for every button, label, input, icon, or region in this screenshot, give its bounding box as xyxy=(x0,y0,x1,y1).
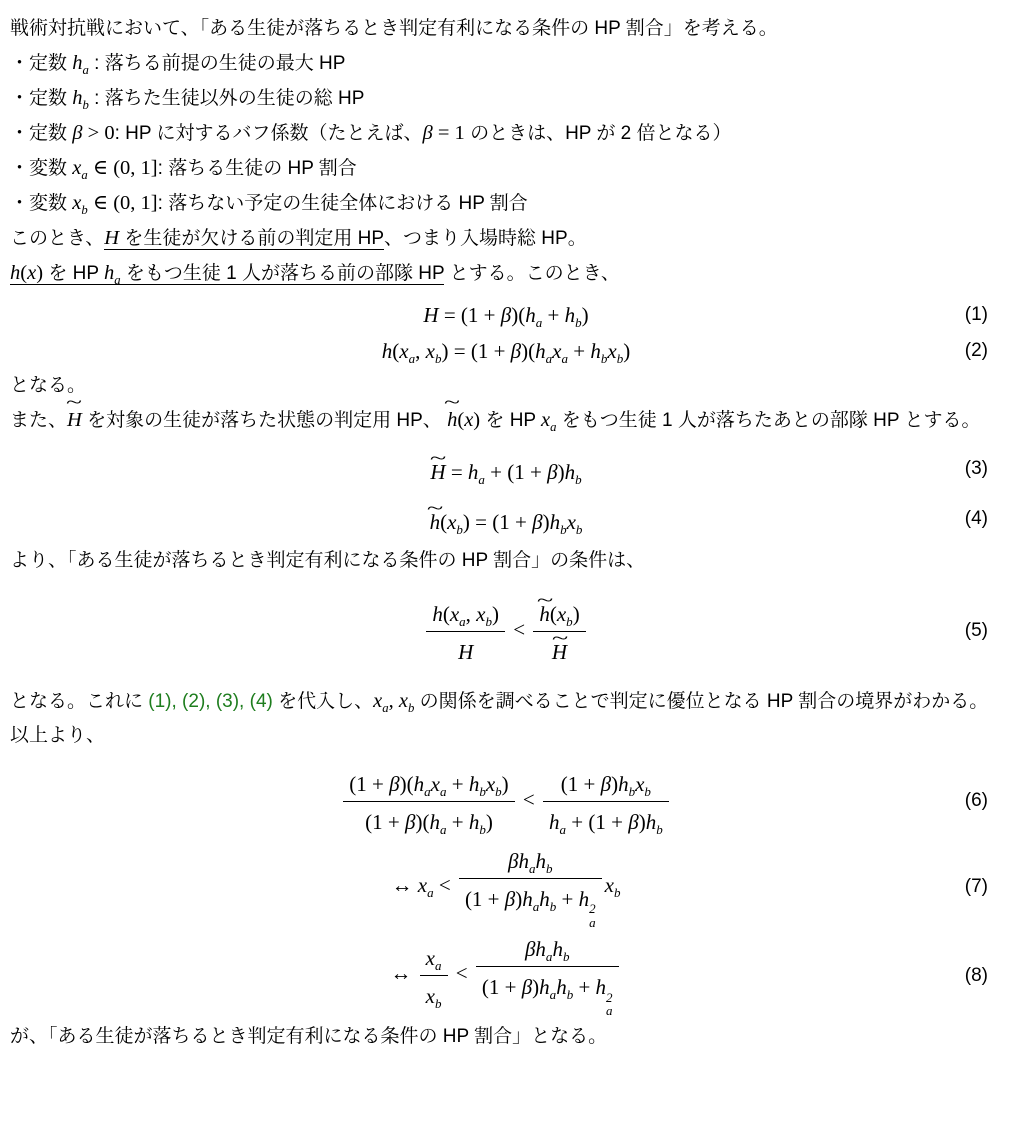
math-var: x xyxy=(426,339,435,363)
fraction-denominator: (1 + β)hahb + h2a xyxy=(459,879,602,931)
math-roman: > 0 xyxy=(83,122,115,144)
bullet-constant-beta: ・定数 β > 0: HP に対するバフ係数（たとえば、β = 1 のときは、H… xyxy=(10,116,1002,151)
math-var: β xyxy=(628,810,638,834)
math-var: x xyxy=(557,602,566,626)
math-roman: (1 + xyxy=(561,772,601,796)
text-run: このとき、 xyxy=(10,228,104,249)
math-var: h xyxy=(104,262,114,284)
equation-1-label: (1) xyxy=(965,304,988,326)
math-fraction: βhahb(1 + β)hahb + h2a xyxy=(476,931,619,1019)
math-roman: < xyxy=(451,962,473,986)
math-var: β xyxy=(532,510,542,534)
math-roman: , xyxy=(415,339,426,363)
math-roman: )( xyxy=(400,772,414,796)
math-tilde-var: ~H xyxy=(430,460,445,485)
math-subscript: b xyxy=(575,472,582,487)
math-supsub: 2a xyxy=(589,902,596,929)
math-roman: ) xyxy=(573,602,580,626)
math-var: x xyxy=(607,339,616,363)
math-roman: (1 + xyxy=(482,975,522,999)
text-run: : 落ちる前提の生徒の最大 HP xyxy=(89,53,346,74)
math-roman: < xyxy=(434,873,456,897)
math-tilde-var: ~H xyxy=(552,640,567,665)
text-run: を生徒が欠ける前の判定用 HP xyxy=(119,228,384,249)
inline-math: ha xyxy=(72,52,89,74)
text-run: : 落ちる生徒の HP 割合 xyxy=(158,158,357,179)
math-roman: ) xyxy=(486,810,493,834)
math-subscript: b xyxy=(546,861,553,876)
equation-3-body: ~H = ha + (1 + β)hb xyxy=(430,460,581,485)
math-roman: + xyxy=(568,339,590,363)
math-var: x xyxy=(431,772,440,796)
fraction-numerator: βhahb xyxy=(459,843,602,879)
math-var: h xyxy=(72,87,82,109)
text-run: : 落ちた生徒以外の生徒の総 HP xyxy=(89,88,365,109)
math-roman: + (1 + xyxy=(485,460,547,484)
math-var: x xyxy=(464,409,473,431)
equation-2: h(xa, xb) = (1 + β)(haxa + hbxb) (2) xyxy=(10,333,1002,369)
equation-1-body: H = (1 + β)(ha + hb) xyxy=(423,303,588,328)
math-var: β xyxy=(522,975,532,999)
inline-math: hb xyxy=(72,87,89,109)
math-var: h xyxy=(429,810,440,834)
math-roman: ∈ (0, 1] xyxy=(88,192,158,214)
math-var: h xyxy=(432,602,443,626)
math-subscript: b xyxy=(563,950,570,965)
math-var: x xyxy=(399,339,408,363)
math-roman: ↔ xyxy=(392,873,418,897)
text-run: を HP xyxy=(43,263,104,284)
math-roman: ( xyxy=(443,602,450,626)
math-roman: = xyxy=(446,460,468,484)
fraction-denominator: ha + (1 + β)hb xyxy=(543,802,669,837)
equation-2-label: (2) xyxy=(965,340,988,362)
inline-math: xb ∈ (0, 1] xyxy=(72,192,157,214)
equation-6-body: (1 + β)(haxa + hbxb)(1 + β)(ha + hb) < (… xyxy=(340,766,671,837)
math-var: h xyxy=(10,262,20,284)
inline-math: xa xyxy=(541,409,556,431)
math-roman: ↔ xyxy=(390,962,416,986)
math-var: β xyxy=(501,303,511,327)
equation-7: ↔ xa < βhahb(1 + β)hahb + h2axb (7) xyxy=(10,843,1002,931)
text-run: が、「ある生徒が落ちるとき判定有利になる条件の HP 割合」となる。 xyxy=(10,1026,607,1047)
math-var: h xyxy=(550,510,561,534)
inline-math: ~H xyxy=(67,409,82,431)
math-var: h xyxy=(590,339,601,363)
math-var: h xyxy=(468,460,479,484)
math-roman: + xyxy=(446,772,468,796)
equation-8-label: (8) xyxy=(965,965,988,987)
paragraph-h-definition: h(x) を HP ha をもつ生徒 1 人が落ちる前の部隊 HP とする。この… xyxy=(10,256,1002,291)
math-var: β xyxy=(389,772,399,796)
math-var: h xyxy=(539,975,550,999)
text-run: ・定数 xyxy=(10,123,72,144)
math-subscript: b xyxy=(644,784,651,799)
math-var: h xyxy=(72,52,82,74)
text-run: をもつ生徒 1 人が落ちる前の部隊 HP xyxy=(121,263,445,284)
inline-math: β = 1 xyxy=(422,122,464,144)
math-supsub: 2a xyxy=(606,991,613,1018)
bullet-constant-hb: ・定数 hb : 落ちた生徒以外の生徒の総 HP xyxy=(10,81,1002,116)
underlined-phrase: h(x) を HP ha をもつ生徒 1 人が落ちる前の部隊 HP xyxy=(10,263,444,285)
equation-7-body: ↔ xa < βhahb(1 + β)hahb + h2axb xyxy=(392,843,621,931)
math-roman: + xyxy=(542,303,564,327)
text-run: ・定数 xyxy=(10,53,72,74)
math-var: h xyxy=(565,303,576,327)
math-var: h xyxy=(414,772,425,796)
math-roman: + xyxy=(556,887,578,911)
math-var: x xyxy=(567,510,576,534)
math-roman: , xyxy=(466,602,477,626)
math-var: x xyxy=(605,873,614,897)
math-roman: (1 + xyxy=(465,887,505,911)
math-roman: (1 + xyxy=(365,810,405,834)
math-roman: (1 + xyxy=(349,772,389,796)
math-var: β xyxy=(601,772,611,796)
math-var: x xyxy=(426,984,435,1008)
math-roman: )( xyxy=(521,339,535,363)
text-run: 戦術対抗戦において、「ある生徒が落ちるとき判定有利になる条件の HP 割合」を考… xyxy=(10,18,778,39)
math-var: h xyxy=(539,887,550,911)
math-subscript: b xyxy=(435,996,442,1011)
fraction-denominator: xb xyxy=(420,976,448,1011)
math-roman: ) xyxy=(582,303,589,327)
paragraph-conclusion: が、「ある生徒が落ちるとき判定有利になる条件の HP 割合」となる。 xyxy=(10,1020,1002,1054)
text-run: となる。これに xyxy=(10,691,148,712)
math-var: x xyxy=(27,262,36,284)
fraction-denominator: (1 + β)hahb + h2a xyxy=(476,967,619,1019)
math-var: h xyxy=(535,339,546,363)
math-tilde-var: ~H xyxy=(67,403,82,437)
inline-math: xa ∈ (0, 1] xyxy=(72,157,157,179)
inline-math: H xyxy=(104,227,119,249)
tilde-accent: ~ xyxy=(551,630,567,649)
tilde-accent: ~ xyxy=(427,500,443,519)
text-run: : 落ちない予定の生徒全体における HP 割合 xyxy=(158,193,528,214)
inline-math: xa, xb xyxy=(373,690,414,712)
equation-references: (1), (2), (3), (4) xyxy=(148,691,273,712)
math-var: x xyxy=(399,690,408,712)
math-roman: = (1 + xyxy=(439,303,501,327)
math-roman: ∈ (0, 1] xyxy=(88,157,158,179)
tilde-accent: ~ xyxy=(430,450,446,469)
math-roman: + xyxy=(446,810,468,834)
text-run: とする。このとき、 xyxy=(444,263,620,284)
math-var: h xyxy=(522,887,533,911)
tilde-accent: ~ xyxy=(536,592,552,611)
definitions-list: ・定数 ha : 落ちる前提の生徒の最大 HP ・定数 hb : 落ちた生徒以外… xyxy=(10,46,1002,221)
math-subscript: b xyxy=(576,522,583,537)
equation-6: (1 + β)(haxa + hbxb)(1 + β)(ha + hb) < (… xyxy=(10,759,1002,843)
math-var: h xyxy=(565,460,576,484)
math-fraction: ~h(xb)~H xyxy=(533,596,585,667)
math-roman: + (1 + xyxy=(566,810,628,834)
equation-7-label: (7) xyxy=(965,876,988,898)
math-roman: ) xyxy=(639,810,646,834)
text-run: ・定数 xyxy=(10,88,72,109)
math-var: β xyxy=(505,887,515,911)
math-var: x xyxy=(418,873,427,897)
math-roman: )( xyxy=(511,303,525,327)
math-roman: )( xyxy=(415,810,429,834)
equation-4-label: (4) xyxy=(965,508,988,530)
equation-4-body: ~h(xb) = (1 + β)hbxb xyxy=(430,510,583,535)
math-var: β xyxy=(525,937,535,961)
document-page: 戦術対抗戦において、「ある生徒が落ちるとき判定有利になる条件の HP 割合」を考… xyxy=(0,0,1020,1054)
equation-3-label: (3) xyxy=(965,458,988,480)
math-subscript: b xyxy=(656,822,663,837)
math-roman: ) xyxy=(502,772,509,796)
math-tilde-var: ~h xyxy=(447,403,457,437)
text-run: ・変数 xyxy=(10,158,72,179)
math-var: β xyxy=(511,339,521,363)
math-var: h xyxy=(552,937,563,961)
fraction-numerator: ~h(xb) xyxy=(533,596,585,632)
math-fraction: (1 + β)hbxbha + (1 + β)hb xyxy=(543,766,669,837)
math-fraction: (1 + β)(haxa + hbxb)(1 + β)(ha + hb) xyxy=(343,766,514,837)
math-var: h xyxy=(535,937,546,961)
text-run: を HP xyxy=(480,410,541,431)
equation-1: H = (1 + β)(ha + hb) (1) xyxy=(10,297,1002,333)
math-var: β xyxy=(508,849,518,873)
math-roman: ) = (1 + xyxy=(463,510,532,534)
math-var: h xyxy=(536,849,547,873)
math-var: x xyxy=(426,946,435,970)
math-var: x xyxy=(447,510,456,534)
math-var: β xyxy=(405,810,415,834)
paragraph-substitution: となる。これに (1), (2), (3), (4) を代入し、xa, xb の… xyxy=(10,684,1002,753)
math-var: H xyxy=(104,227,119,249)
text-run: より、「ある生徒が落ちるとき判定有利になる条件の HP 割合」の条件は、 xyxy=(10,550,645,571)
math-var: h xyxy=(469,810,480,834)
inline-math: ha xyxy=(104,262,121,284)
inline-math: h(x) xyxy=(10,262,43,284)
fraction-numerator: h(xa, xb) xyxy=(426,596,505,632)
text-run: を代入し、 xyxy=(273,691,373,712)
fraction-denominator: H xyxy=(426,632,505,667)
math-roman: < xyxy=(508,617,530,641)
math-var: β xyxy=(547,460,557,484)
math-tilde-var: ~h xyxy=(539,602,550,627)
text-run: : HP に対するバフ係数（たとえば、 xyxy=(115,123,423,144)
math-var: h xyxy=(646,810,657,834)
bullet-variable-xb: ・変数 xb ∈ (0, 1]: 落ちない予定の生徒全体における HP 割合 xyxy=(10,186,1002,221)
intro-paragraph: 戦術対抗戦において、「ある生徒が落ちるとき判定有利になる条件の HP 割合」を考… xyxy=(10,12,1002,46)
equation-3: ~H = ha + (1 + β)hb (3) xyxy=(10,444,1002,494)
paragraph-mata: また、~H を対象の生徒が落ちた状態の判定用 HP、 ~h(x) を HP xa… xyxy=(10,403,1002,438)
fraction-denominator: ~H xyxy=(533,632,585,667)
math-var: h xyxy=(469,772,480,796)
math-var: x xyxy=(373,690,382,712)
math-var: h xyxy=(596,975,607,999)
tilde-accent: ~ xyxy=(444,393,460,411)
math-var: x xyxy=(450,602,459,626)
math-var: x xyxy=(486,772,495,796)
math-tilde-var: ~h xyxy=(430,510,441,535)
math-roman: , xyxy=(389,690,399,712)
bullet-constant-ha: ・定数 ha : 落ちる前提の生徒の最大 HP xyxy=(10,46,1002,81)
underlined-phrase: H を生徒が欠ける前の判定用 HP xyxy=(104,228,384,250)
text-run: をもつ生徒 1 人が落ちたあとの部隊 HP とする。 xyxy=(557,410,981,431)
text-run: のときは、HP が 2 倍となる） xyxy=(465,123,732,144)
math-var: H xyxy=(423,303,438,327)
text-run: 、つまり入場時総 HP。 xyxy=(384,228,587,249)
bullet-variable-xa: ・変数 xa ∈ (0, 1]: 落ちる生徒の HP 割合 xyxy=(10,151,1002,186)
math-var: h xyxy=(519,849,530,873)
math-var: h xyxy=(525,303,536,327)
math-var: β xyxy=(422,122,432,144)
paragraph-tonaru: となる。 xyxy=(10,369,1002,403)
math-var: h xyxy=(382,339,393,363)
fraction-denominator: (1 + β)(ha + hb) xyxy=(343,802,514,837)
math-roman: ) xyxy=(543,510,550,534)
math-subscript: a xyxy=(435,958,442,973)
math-var: h xyxy=(579,887,590,911)
paragraph-H-definition: このとき、H を生徒が欠ける前の判定用 HP、つまり入場時総 HP。 xyxy=(10,221,1002,256)
math-var: H xyxy=(458,640,473,664)
equation-4: ~h(xb) = (1 + β)hbxb (4) xyxy=(10,494,1002,544)
equation-5-body: h(xa, xb)H < ~h(xb)~H xyxy=(423,596,588,667)
equation-5: h(xa, xb)H < ~h(xb)~H (5) xyxy=(10,586,1002,676)
equation-8-body: ↔ xaxb < βhahb(1 + β)hahb + h2a xyxy=(390,931,621,1019)
math-roman: ) xyxy=(558,460,565,484)
fraction-numerator: (1 + β)(haxa + hbxb) xyxy=(343,766,514,802)
equation-6-label: (6) xyxy=(965,790,988,812)
fraction-numerator: βhahb xyxy=(476,931,619,967)
math-fraction: xaxb xyxy=(420,940,448,1011)
math-roman: + xyxy=(573,975,595,999)
fraction-numerator: xa xyxy=(420,940,448,976)
math-var: h xyxy=(618,772,629,796)
equation-8: ↔ xaxb < βhahb(1 + β)hahb + h2a (8) xyxy=(10,931,1002,1019)
math-var: h xyxy=(549,810,560,834)
text-run: ・変数 xyxy=(10,193,72,214)
math-fraction: βhahb(1 + β)hahb + h2a xyxy=(459,843,602,931)
math-subscript: b xyxy=(614,885,621,900)
inline-math: β > 0 xyxy=(72,122,114,144)
math-roman: ) xyxy=(492,602,499,626)
tilde-accent: ~ xyxy=(66,393,82,411)
inline-math: ~h(x) xyxy=(447,409,480,431)
text-run: を対象の生徒が落ちた状態の判定用 HP、 xyxy=(82,410,447,431)
text-run: また、 xyxy=(10,410,67,431)
paragraph-yori: より、「ある生徒が落ちるとき判定有利になる条件の HP 割合」の条件は、 xyxy=(10,544,1002,578)
math-roman: ) = (1 + xyxy=(441,339,510,363)
math-roman: ) xyxy=(623,339,630,363)
equation-2-body: h(xa, xb) = (1 + β)(haxa + hbxb) xyxy=(382,339,630,364)
equation-5-label: (5) xyxy=(965,620,988,642)
math-var: x xyxy=(541,409,550,431)
fraction-numerator: (1 + β)hbxb xyxy=(543,766,669,802)
math-var: h xyxy=(556,975,567,999)
math-roman: = 1 xyxy=(433,122,465,144)
math-var: β xyxy=(72,122,82,144)
math-roman: < xyxy=(518,787,540,811)
math-fraction: h(xa, xb)H xyxy=(426,596,505,667)
